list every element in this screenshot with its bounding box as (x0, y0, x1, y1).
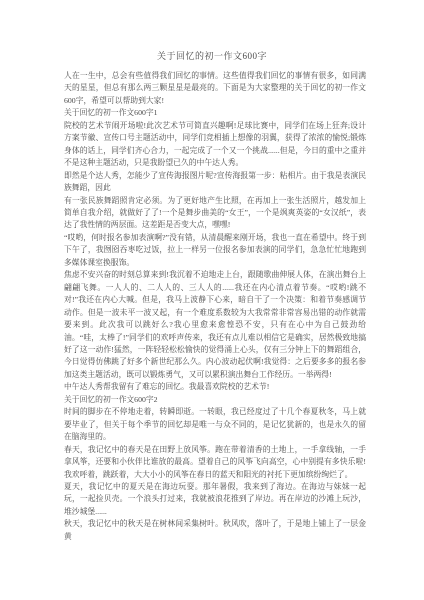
paragraph: 即然是个达人秀，怎能少了宣传海报图片呢?宣传海报第一步：粘相片。由于我是表演民族… (64, 170, 366, 195)
section-heading: 关于回忆的初一作文600字1 (64, 107, 366, 119)
paragraph: 院校的艺术节闹开场啦!此次艺术节可简直兴趣啊!足球比赛中，同学们在场上狂奔;设计… (64, 120, 366, 170)
section-heading: 关于回忆的初一作文600字2 (64, 394, 366, 406)
paragraph: 中午达人秀帮我留有了难忘的回忆。我最喜欢院校的艺术节! (64, 381, 366, 393)
paragraph: 人在一生中，总会有些值得我们回忆的事情。这些值得我们回忆的事情有很多，如同满天的… (64, 70, 366, 107)
document-page: 关于回忆的初一作文600字 人在一生中，总会有些值得我们回忆的事情。这些值得我们… (0, 0, 424, 600)
paragraph: 焦虑不安兴奋的时刻总算来到!我沉着不迫地走上台，跟随歌曲伸展人体，在演出舞台上翩… (64, 269, 366, 381)
paragraph: 有一张民族舞蹈照肯定必须。为了更好地产生比照，在再加上一张生活照片，越发加上简单… (64, 195, 366, 232)
paragraph: 夏天，我记忆中的夏天是在海边玩耍。那年暑假，我来到了海边。在海边与妹妹一起玩，一… (64, 481, 366, 518)
document-body: 人在一生中，总会有些值得我们回忆的事情。这些值得我们回忆的事情有很多，如同满天的… (64, 70, 366, 543)
paragraph: 秋天，我记忆中的秋天是在树林间采集树叶。秋风吹，落叶了，于是地上铺上了一层金黄 (64, 518, 366, 543)
paragraph: 春天，我记忆中的春天是在田野上放风筝。跑在带着清香的土地上，一手拿线轴，一手拿风… (64, 444, 366, 481)
document-title: 关于回忆的初一作文600字 (0, 49, 424, 62)
paragraph: 时间的脚步在不停地走着，转瞬即逝。一转眼，我已经度过了十几个春夏秋冬，马上就要毕… (64, 406, 366, 443)
paragraph: “哎哟，何时报名参加表演啊?”没有错，从清晨醒来刚开场，我也一直在希望中。终于到… (64, 232, 366, 269)
